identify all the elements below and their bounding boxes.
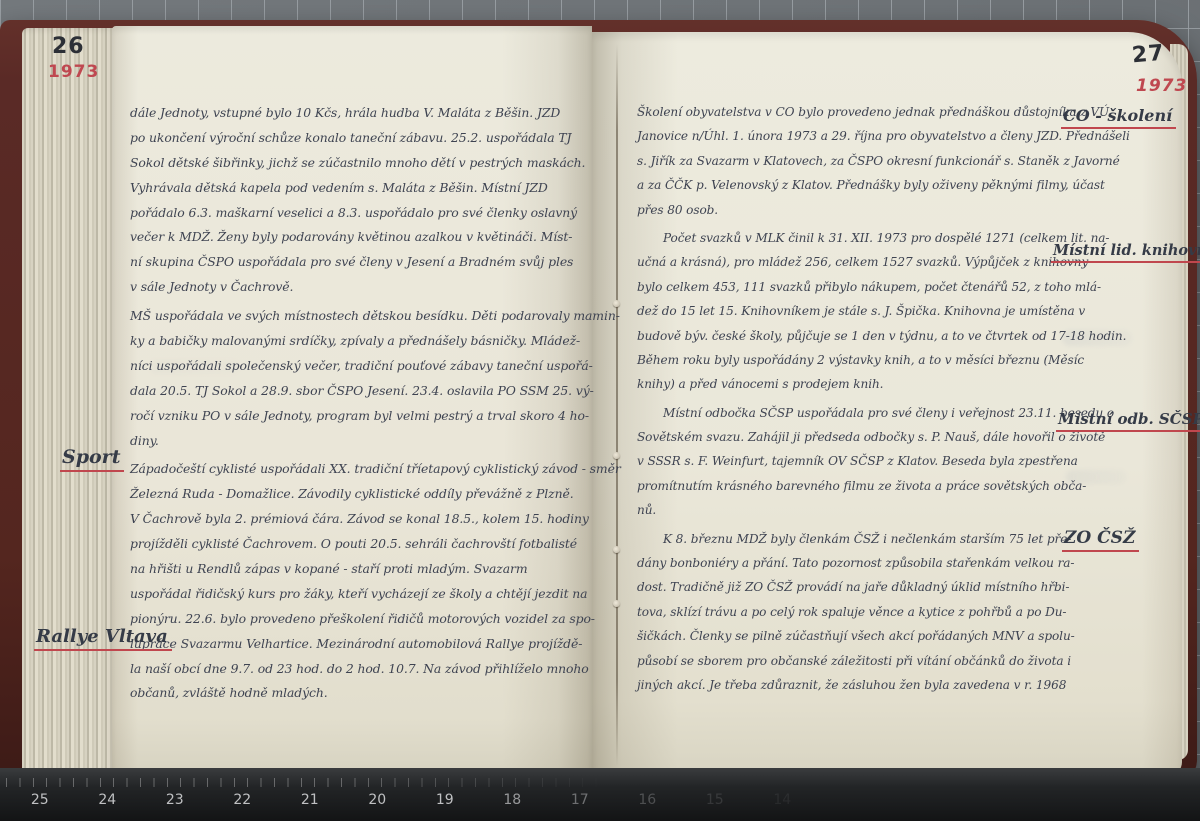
handwriting-block-right: Školení obyvatelstva v CO bylo provedeno…: [637, 100, 1077, 697]
ruler-number: 19: [411, 792, 479, 808]
handwritten-line: po ukončení výroční schůze konalo tanečn…: [130, 126, 558, 151]
ruler-number: 17: [546, 792, 614, 808]
chronicle-photo: 26 1973 27 1973 dále Jednoty, vstupné by…: [0, 0, 1200, 821]
book-gutter: [616, 44, 618, 766]
handwritten-line: Železná Ruda - Domažlice. Závodily cykli…: [130, 482, 558, 507]
handwritten-line: bylo celkem 453, 111 svazků přibylo náku…: [637, 275, 1077, 299]
ruler-number: 14: [749, 792, 817, 808]
handwritten-line: občanů, zvláště hodně mladých.: [130, 681, 558, 706]
handwritten-line: dány bonboniéry a přání. Tato pozornost …: [637, 551, 1077, 575]
handwritten-line: nů.: [637, 498, 1077, 522]
handwritten-line: Sokol dětské šibřinky, jichž se zúčastni…: [130, 151, 558, 176]
year-stamp-right: 1973: [1136, 76, 1187, 96]
handwritten-line: působí se sborem pro občanské záležitost…: [637, 649, 1077, 673]
handwritten-line: uspořádal řidičský kurs pro žáky, kteří …: [130, 582, 558, 607]
handwritten-line: diny.: [130, 429, 558, 454]
handwritten-line: Janovice n/Úhl. 1. února 1973 a 29. říjn…: [637, 124, 1077, 148]
ruler: 252423222120191817161514: [6, 792, 886, 816]
handwritten-line: dost. Tradičně již ZO ČSŽ provádí na jař…: [637, 575, 1077, 599]
ruler-number: 23: [141, 792, 209, 808]
handwritten-line: v SSSR s. F. Weinfurt, tajemník OV SČSP …: [637, 449, 1077, 473]
year-stamp-left: 1973: [48, 62, 99, 82]
handwritten-line: dež do 15 let 15. Knihovníkem je stále s…: [637, 299, 1077, 323]
handwritten-line: K 8. březnu MDŽ byly členkám ČSŽ i nečle…: [637, 527, 1077, 551]
page-number-left: 26: [52, 34, 85, 59]
handwritten-line: MŠ uspořádala ve svých místnostech dětsk…: [130, 304, 558, 329]
handwritten-line: Místní odbočka SČSP uspořádala pro své č…: [637, 401, 1077, 425]
binding-stitch: [613, 452, 620, 459]
handwritten-line: pionýru. 22.6. bylo provedeno přeškolení…: [130, 607, 558, 632]
handwritten-line: učná a krásná), pro mládež 256, celkem 1…: [637, 250, 1077, 274]
handwritten-line: a za ČČK p. Velenovský z Klatov. Přednáš…: [637, 173, 1077, 197]
handwritten-line: Počet svazků v MLK činil k 31. XII. 1973…: [637, 226, 1077, 250]
binding-stitch: [613, 600, 620, 607]
binding-stitch: [613, 300, 620, 307]
handwritten-line: pořádalo 6.3. maškarní veselici a 8.3. u…: [130, 201, 558, 226]
handwritten-line: večer k MDŽ. Ženy byly podarovány květin…: [130, 225, 558, 250]
handwritten-line: ní skupina ČSPO uspořádala pro své členy…: [130, 250, 558, 275]
handwritten-line: projížděli cyklisté Čachrovem. O pouti 2…: [130, 532, 558, 557]
handwritten-line: V Čachrově byla 2. prémiová čára. Závod …: [130, 507, 558, 532]
handwritten-line: šičkách. Členky se pilně zúčastňují všec…: [637, 624, 1077, 648]
handwritten-line: Západočeští cyklisté uspořádali XX. trad…: [130, 457, 558, 482]
handwritten-line: Sovětském svazu. Zahájil ji předseda odb…: [637, 425, 1077, 449]
ruler-number: 25: [6, 792, 74, 808]
handwritten-line: na hřišti u Rendlů zápas v kopané - stař…: [130, 557, 558, 582]
handwritten-line: dala 20.5. TJ Sokol a 28.9. sbor ČSPO Je…: [130, 379, 558, 404]
handwritten-line: s. Jiřík za Svazarm v Klatovech, za ČSPO…: [637, 149, 1077, 173]
ruler-ticks: [6, 778, 606, 787]
ruler-number: 21: [276, 792, 344, 808]
handwritten-line: ročí vzniku PO v sále Jednoty, program b…: [130, 404, 558, 429]
ruler-number: 22: [209, 792, 277, 808]
handwritten-line: lupráce Svazarmu Velhartice. Mezinárodní…: [130, 632, 558, 657]
handwritten-line: přes 80 osob.: [637, 198, 1077, 222]
handwritten-line: jiných akcí. Je třeba zdůraznit, že zásl…: [637, 673, 1077, 697]
binding-stitch: [613, 546, 620, 553]
handwritten-line: ky a babičky malovanými srdíčky, zpívaly…: [130, 329, 558, 354]
handwritten-line: la naší obcí dne 9.7. od 23 hod. do 2 ho…: [130, 657, 558, 682]
page-number-right: 27: [1131, 41, 1166, 69]
ruler-number: 20: [344, 792, 412, 808]
handwritten-line: budově býv. české školy, půjčuje se 1 de…: [637, 324, 1077, 348]
ruler-number: 18: [479, 792, 547, 808]
handwritten-line: Vyhrávala dětská kapela pod vedením s. M…: [130, 176, 558, 201]
handwriting-block-left: dále Jednoty, vstupné bylo 10 Kčs, hrála…: [130, 101, 558, 706]
handwritten-line: tova, sklízí trávu a po celý rok spaluje…: [637, 600, 1077, 624]
handwritten-line: knihy) a před vánocemi s prodejem knih.: [637, 372, 1077, 396]
handwritten-line: Školení obyvatelstva v CO bylo provedeno…: [637, 100, 1077, 124]
page-stack-left-edge: [22, 28, 118, 776]
handwritten-line: Během roku byly uspořádány 2 výstavky kn…: [637, 348, 1077, 372]
handwritten-line: promítnutím krásného barevného filmu ze …: [637, 474, 1077, 498]
handwritten-line: dále Jednoty, vstupné bylo 10 Kčs, hrála…: [130, 101, 558, 126]
ruler-number: 15: [681, 792, 749, 808]
ruler-number: 16: [614, 792, 682, 808]
handwritten-line: níci uspořádali společenský večer, tradi…: [130, 354, 558, 379]
ruler-number: 24: [74, 792, 142, 808]
handwritten-line: v sále Jednoty v Čachrově.: [130, 275, 558, 300]
